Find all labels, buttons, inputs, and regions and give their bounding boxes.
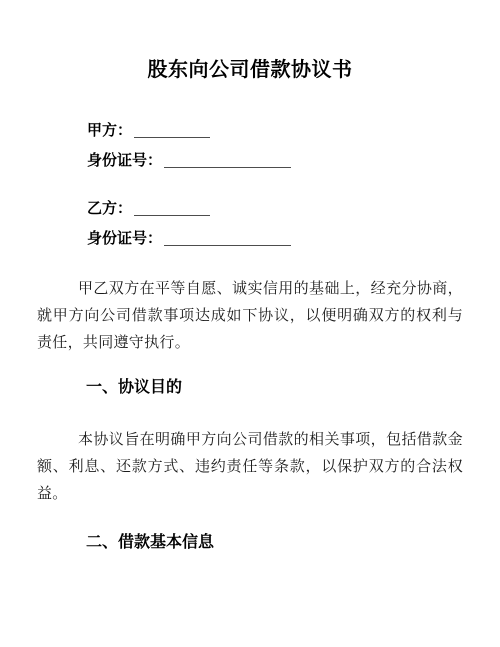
party-a-name-row: 甲方：	[87, 116, 463, 146]
party-b-name-row: 乙方：	[87, 194, 463, 224]
party-b-id-blank[interactable]	[164, 245, 291, 246]
party-a-id-blank[interactable]	[164, 167, 291, 168]
party-b-id-row: 身份证号：	[87, 224, 463, 254]
party-b-block: 乙方： 身份证号：	[37, 194, 463, 254]
document-page: 股东向公司借款协议书 甲方： 身份证号： 乙方： 身份证号： 甲乙双方在平等自愿…	[0, 0, 500, 647]
party-b-id-label: 身份证号：	[87, 230, 162, 247]
section-2-heading: 二、借款基本信息	[37, 532, 463, 554]
section-1-heading: 一、协议目的	[37, 377, 463, 399]
party-a-id-label: 身份证号：	[87, 152, 162, 169]
party-a-id-row: 身份证号：	[87, 146, 463, 176]
intro-paragraph: 甲乙双方在平等自愿、诚实信用的基础上，经充分协商，就甲方向公司借款事项达成如下协…	[37, 276, 463, 357]
party-a-block: 甲方： 身份证号：	[37, 116, 463, 176]
party-a-name-label: 甲方：	[87, 122, 132, 139]
section-1-body: 本协议旨在明确甲方向公司借款的相关事项，包括借款金额、利息、还款方式、违约责任等…	[37, 427, 463, 508]
party-a-name-blank[interactable]	[134, 137, 210, 138]
party-b-name-blank[interactable]	[134, 215, 210, 216]
party-b-name-label: 乙方：	[87, 200, 132, 217]
document-title: 股东向公司借款协议书	[37, 0, 463, 83]
